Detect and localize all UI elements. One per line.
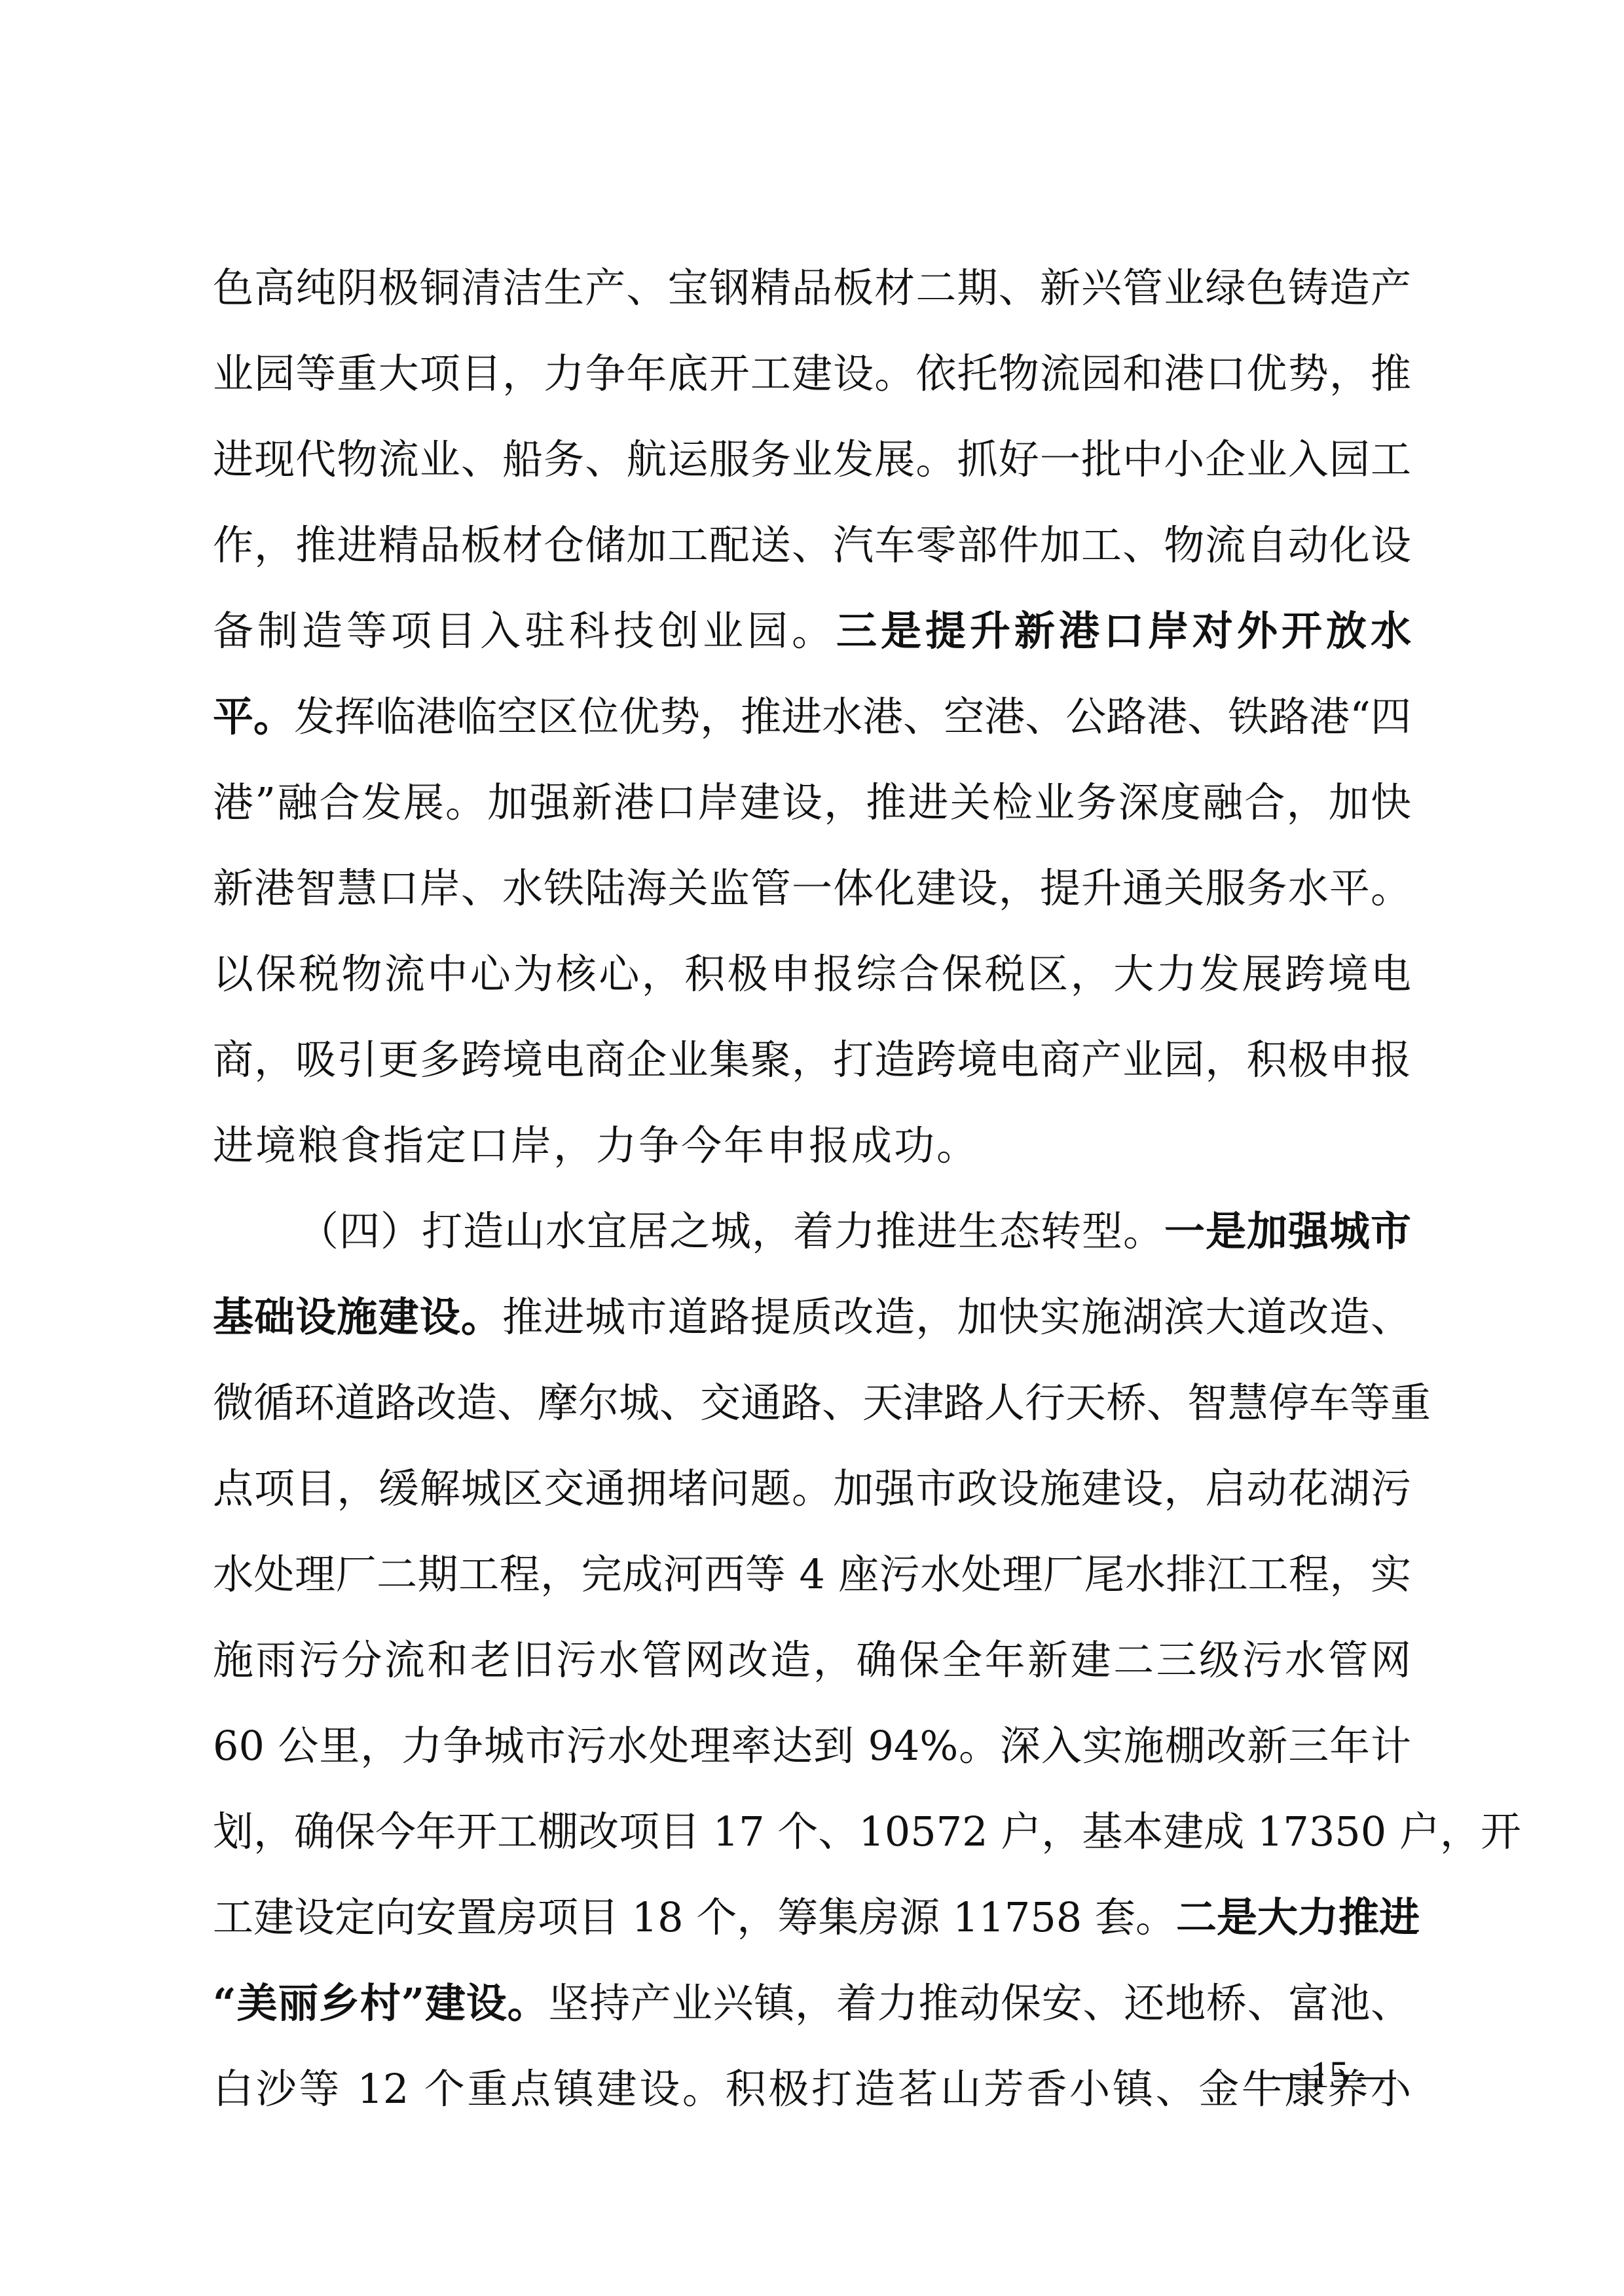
text-line: 进现代物流业、船务、航运服务业发展。抓好一批中小企业入园工: [213, 433, 1411, 519]
bold-heading-text: 平。: [213, 693, 294, 740]
bold-heading-text: “美丽乡村”建设。: [213, 1979, 548, 2027]
bold-heading-text: 一是加强城市: [1164, 1207, 1411, 1255]
text-line: 水处理厂二期工程，完成河西等 4 座污水处理厂尾水排江工程，实: [213, 1548, 1411, 1634]
body-text-segment: 坚持产业兴镇，着力推动保安、还地桥、富池、: [548, 1979, 1411, 2027]
text-line: 点项目，缓解城区交通拥堵问题。加强市政设施建设，启动花湖污: [213, 1463, 1411, 1548]
bold-heading-text: 基础设施建设。: [213, 1293, 502, 1341]
body-text: 色高纯阴极铜清洁生产、宝钢精品板材二期、新兴管业绿色铸造产业园等重大项目，力争年…: [213, 262, 1411, 2149]
body-text-segment: 微循环道路改造、摩尔城、交通路、天津路人行天桥、智慧停车等重: [213, 1379, 1431, 1427]
body-text-segment: 新港智慧口岸、水铁陆海关监管一体化建设，提升通关服务水平。: [213, 864, 1411, 912]
text-line: 作，推进精品板材仓储加工配送、汽车零部件加工、物流自动化设: [213, 519, 1411, 605]
body-text-segment: 备制造等项目入驻科技创业园。: [213, 607, 836, 655]
body-text-segment: 水处理厂二期工程，完成河西等 4 座污水处理厂尾水排江工程，实: [213, 1550, 1411, 1598]
text-line: 60 公里，力争城市污水处理率达到 94%。深入实施棚改新三年计: [213, 1720, 1411, 1806]
body-text-segment: 进现代物流业、船务、航运服务业发展。抓好一批中小企业入园工: [213, 435, 1411, 483]
text-line: 新港智慧口岸、水铁陆海关监管一体化建设，提升通关服务水平。: [213, 862, 1411, 948]
text-line: 备制造等项目入驻科技创业园。三是提升新港口岸对外开放水: [213, 605, 1411, 691]
text-line: “美丽乡村”建设。坚持产业兴镇，着力推动保安、还地桥、富池、: [213, 1977, 1411, 2063]
text-line: 划，确保今年开工棚改项目 17 个、10572 户，基本建成 17350 户，开: [213, 1806, 1411, 1891]
text-line: 进境粮食指定口岸，力争今年申报成功。: [213, 1120, 1411, 1205]
body-text-segment: 工建设定向安置房项目 18 个，筹集房源 11758 套。: [213, 1893, 1176, 1941]
body-text-segment: 发挥临港临空区位优势，推进水港、空港、公路港、铁路港“四: [294, 693, 1411, 740]
text-line: 施雨污分流和老旧污水管网改造，确保全年新建二三级污水管网: [213, 1634, 1411, 1720]
body-text-segment: 商，吸引更多跨境电商企业集聚，打造跨境电商产业园，积极申报: [213, 1036, 1411, 1084]
body-text-segment: 划，确保今年开工棚改项目 17 个、10572 户，基本建成 17350 户，开: [213, 1808, 1521, 1855]
page-number: — 15 —: [1257, 2052, 1401, 2096]
body-text-segment: 进境粮食指定口岸，力争今年申报成功。: [213, 1121, 979, 1169]
body-text-segment: 白沙等 12 个重点镇建设。积极打造茗山芳香小镇、金牛康养小: [213, 2065, 1411, 2113]
body-text-segment: （四）打造山水宜居之城，着力推进生态转型。: [298, 1207, 1164, 1255]
body-text-segment: 以保税物流中心为核心，积极申报综合保税区，大力发展跨境电: [213, 950, 1411, 998]
text-line: 白沙等 12 个重点镇建设。积极打造茗山芳香小镇、金牛康养小: [213, 2063, 1411, 2149]
body-text-segment: 作，推进精品板材仓储加工配送、汽车零部件加工、物流自动化设: [213, 521, 1411, 569]
text-line: 微循环道路改造、摩尔城、交通路、天津路人行天桥、智慧停车等重: [213, 1377, 1411, 1463]
text-line: （四）打造山水宜居之城，着力推进生态转型。一是加强城市: [213, 1205, 1411, 1291]
text-line: 业园等重大项目，力争年底开工建设。依托物流园和港口优势，推: [213, 348, 1411, 433]
text-line: 以保税物流中心为核心，积极申报综合保税区，大力发展跨境电: [213, 948, 1411, 1034]
text-line: 商，吸引更多跨境电商企业集聚，打造跨境电商产业园，积极申报: [213, 1034, 1411, 1120]
document-page: 色高纯阴极铜清洁生产、宝钢精品板材二期、新兴管业绿色铸造产业园等重大项目，力争年…: [0, 0, 1624, 2296]
body-text-segment: 港”融合发展。加强新港口岸建设，推进关检业务深度融合，加快: [213, 778, 1411, 826]
body-text-segment: 点项目，缓解城区交通拥堵问题。加强市政设施建设，启动花湖污: [213, 1465, 1411, 1512]
bold-heading-text: 二是大力推进: [1176, 1893, 1420, 1941]
body-text-segment: 60 公里，力争城市污水处理率达到 94%。深入实施棚改新三年计: [213, 1722, 1411, 1770]
text-line: 平。发挥临港临空区位优势，推进水港、空港、公路港、铁路港“四: [213, 691, 1411, 776]
text-line: 工建设定向安置房项目 18 个，筹集房源 11758 套。二是大力推进: [213, 1891, 1411, 1977]
body-text-segment: 色高纯阴极铜清洁生产、宝钢精品板材二期、新兴管业绿色铸造产: [213, 264, 1411, 312]
text-line: 色高纯阴极铜清洁生产、宝钢精品板材二期、新兴管业绿色铸造产: [213, 262, 1411, 348]
body-text-segment: 推进城市道路提质改造，加快实施湖滨大道改造、: [502, 1293, 1411, 1341]
bold-heading-text: 三是提升新港口岸对外开放水: [836, 607, 1411, 655]
text-line: 港”融合发展。加强新港口岸建设，推进关检业务深度融合，加快: [213, 776, 1411, 862]
text-line: 基础设施建设。推进城市道路提质改造，加快实施湖滨大道改造、: [213, 1291, 1411, 1377]
body-text-segment: 施雨污分流和老旧污水管网改造，确保全年新建二三级污水管网: [213, 1636, 1411, 1684]
body-text-segment: 业园等重大项目，力争年底开工建设。依托物流园和港口优势，推: [213, 350, 1411, 397]
